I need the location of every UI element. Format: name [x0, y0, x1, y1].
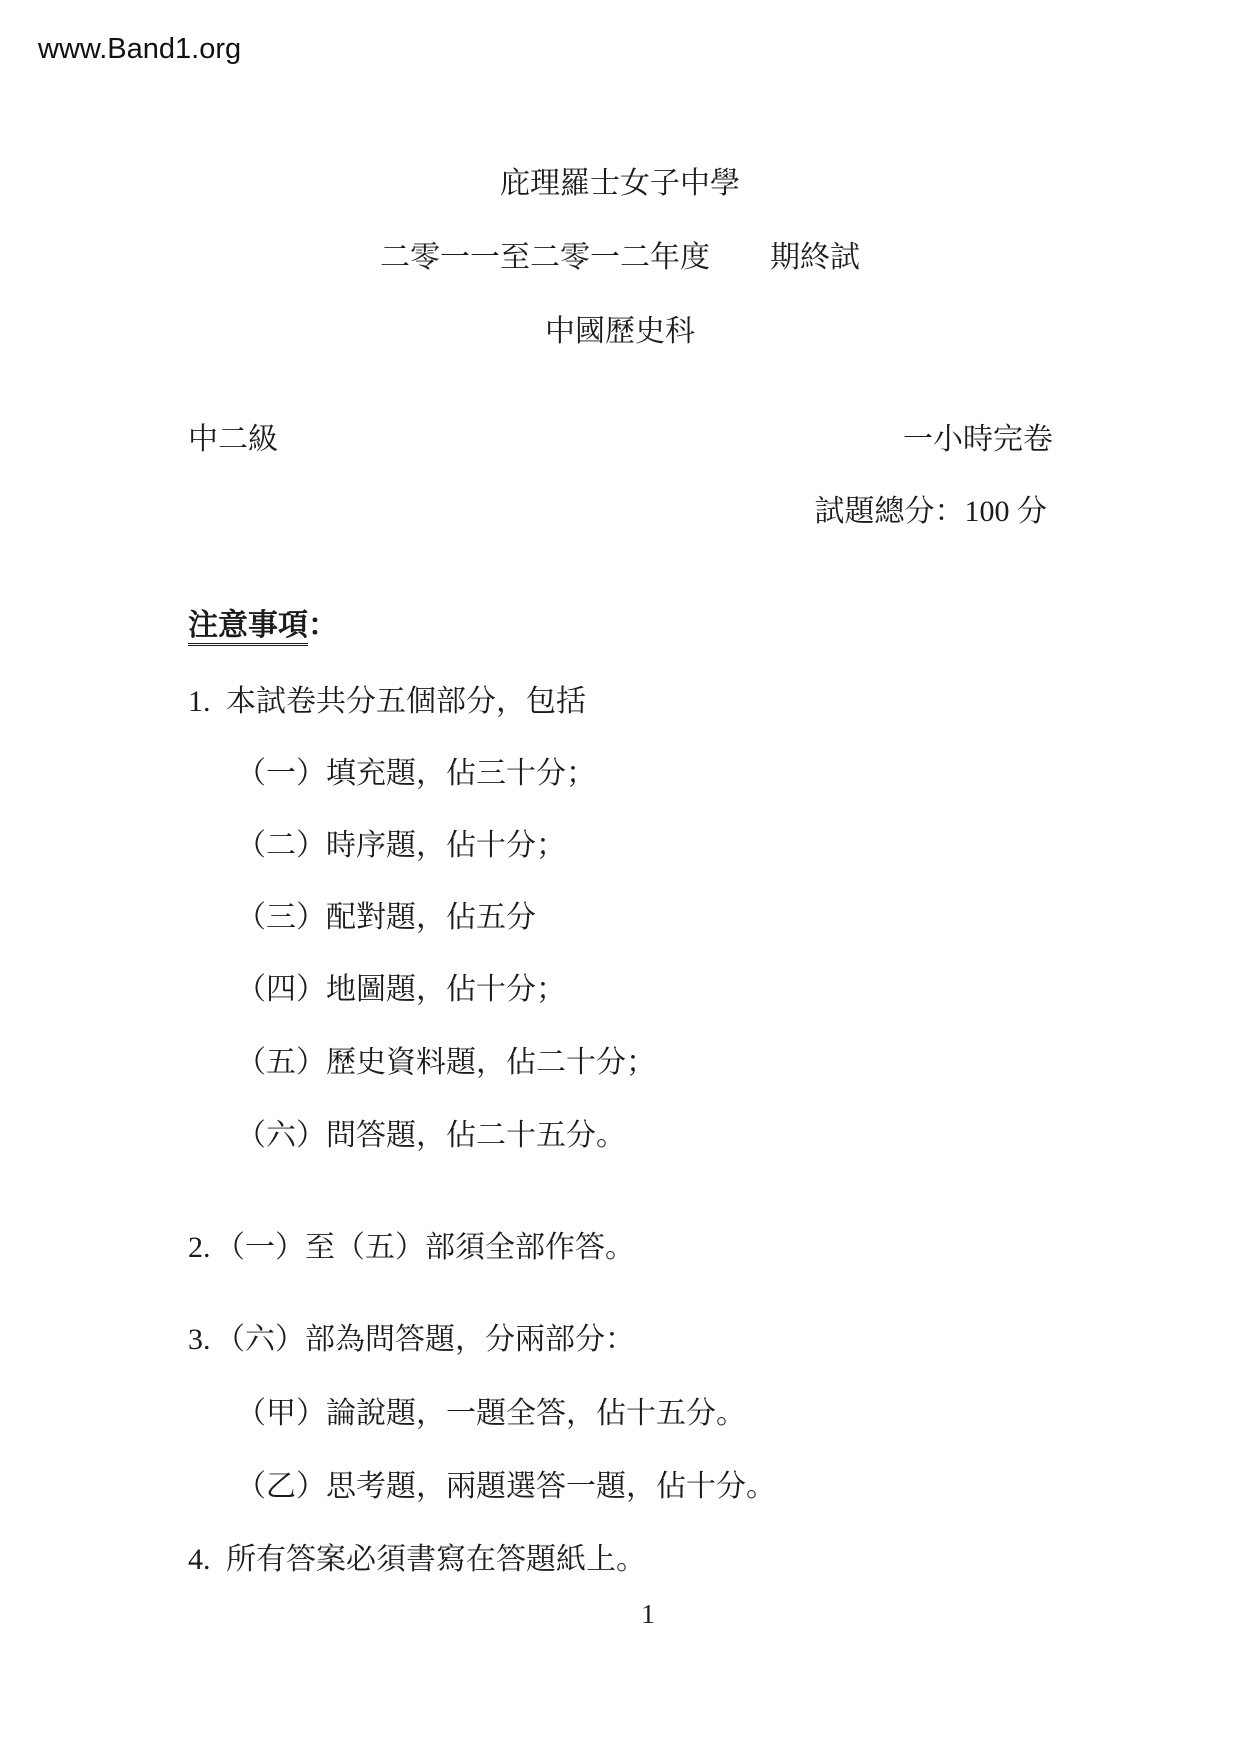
notice-item-1: 1.本試卷共分五個部分，包括	[188, 684, 586, 720]
page-number: 1	[56, 1598, 1240, 1630]
notices-heading: 注意事項：	[188, 608, 338, 644]
watermark-text: www.Band1.org	[38, 32, 241, 67]
notice-item-1-text: 本試卷共分五個部分，包括	[226, 685, 586, 718]
question-part-line-2: （乙）思考題，兩題選答一題，佔十分。	[236, 1469, 776, 1505]
section-line-2: （二）時序題，佔十分；	[236, 828, 566, 864]
notice-item-4-text: 所有答案必須書寫在答題紙上。	[226, 1543, 646, 1576]
section-line-3: （三）配對題，佔五分	[236, 900, 536, 936]
school-name: 庇理羅士女子中學	[0, 166, 1240, 202]
notice-item-3-number: 3.	[188, 1322, 215, 1358]
section-line-1: （一）填充題，佔三十分；	[236, 756, 596, 792]
notices-heading-text: 注意事項	[188, 609, 308, 646]
notice-item-2: 2.（一）至（五）部須全部作答。	[188, 1230, 635, 1266]
notice-item-1-number: 1.	[188, 684, 226, 720]
section-line-5: （五）歷史資料題，佔二十分；	[236, 1045, 656, 1081]
subject-title: 中國歷史科	[0, 314, 1240, 350]
notice-item-4: 4.所有答案必須書寫在答題紙上。	[188, 1542, 646, 1578]
exam-duration: 一小時完卷	[903, 422, 1053, 458]
notice-item-2-text: （一）至（五）部須全部作答。	[215, 1231, 635, 1264]
exam-title: 二零一一至二零一二年度 期終試	[0, 240, 1240, 276]
form-level: 中二級	[188, 422, 278, 458]
notice-item-4-number: 4.	[188, 1542, 226, 1578]
section-line-6: （六）問答題，佔二十五分。	[236, 1118, 626, 1154]
notice-item-2-number: 2.	[188, 1230, 215, 1266]
question-part-line-1: （甲）論說題，一題全答，佔十五分。	[236, 1396, 746, 1432]
notice-item-3-text: （六）部為問答題，分兩部分：	[215, 1323, 635, 1356]
exam-paper-page: www.Band1.org 庇理羅士女子中學 二零一一至二零一二年度 期終試 中…	[0, 0, 1240, 1754]
section-line-4: （四）地圖題，佔十分；	[236, 972, 566, 1008]
notice-item-3: 3.（六）部為問答題，分兩部分：	[188, 1322, 635, 1358]
notices-heading-colon: ：	[308, 609, 338, 642]
total-marks: 試題總分：100 分	[815, 494, 1048, 530]
